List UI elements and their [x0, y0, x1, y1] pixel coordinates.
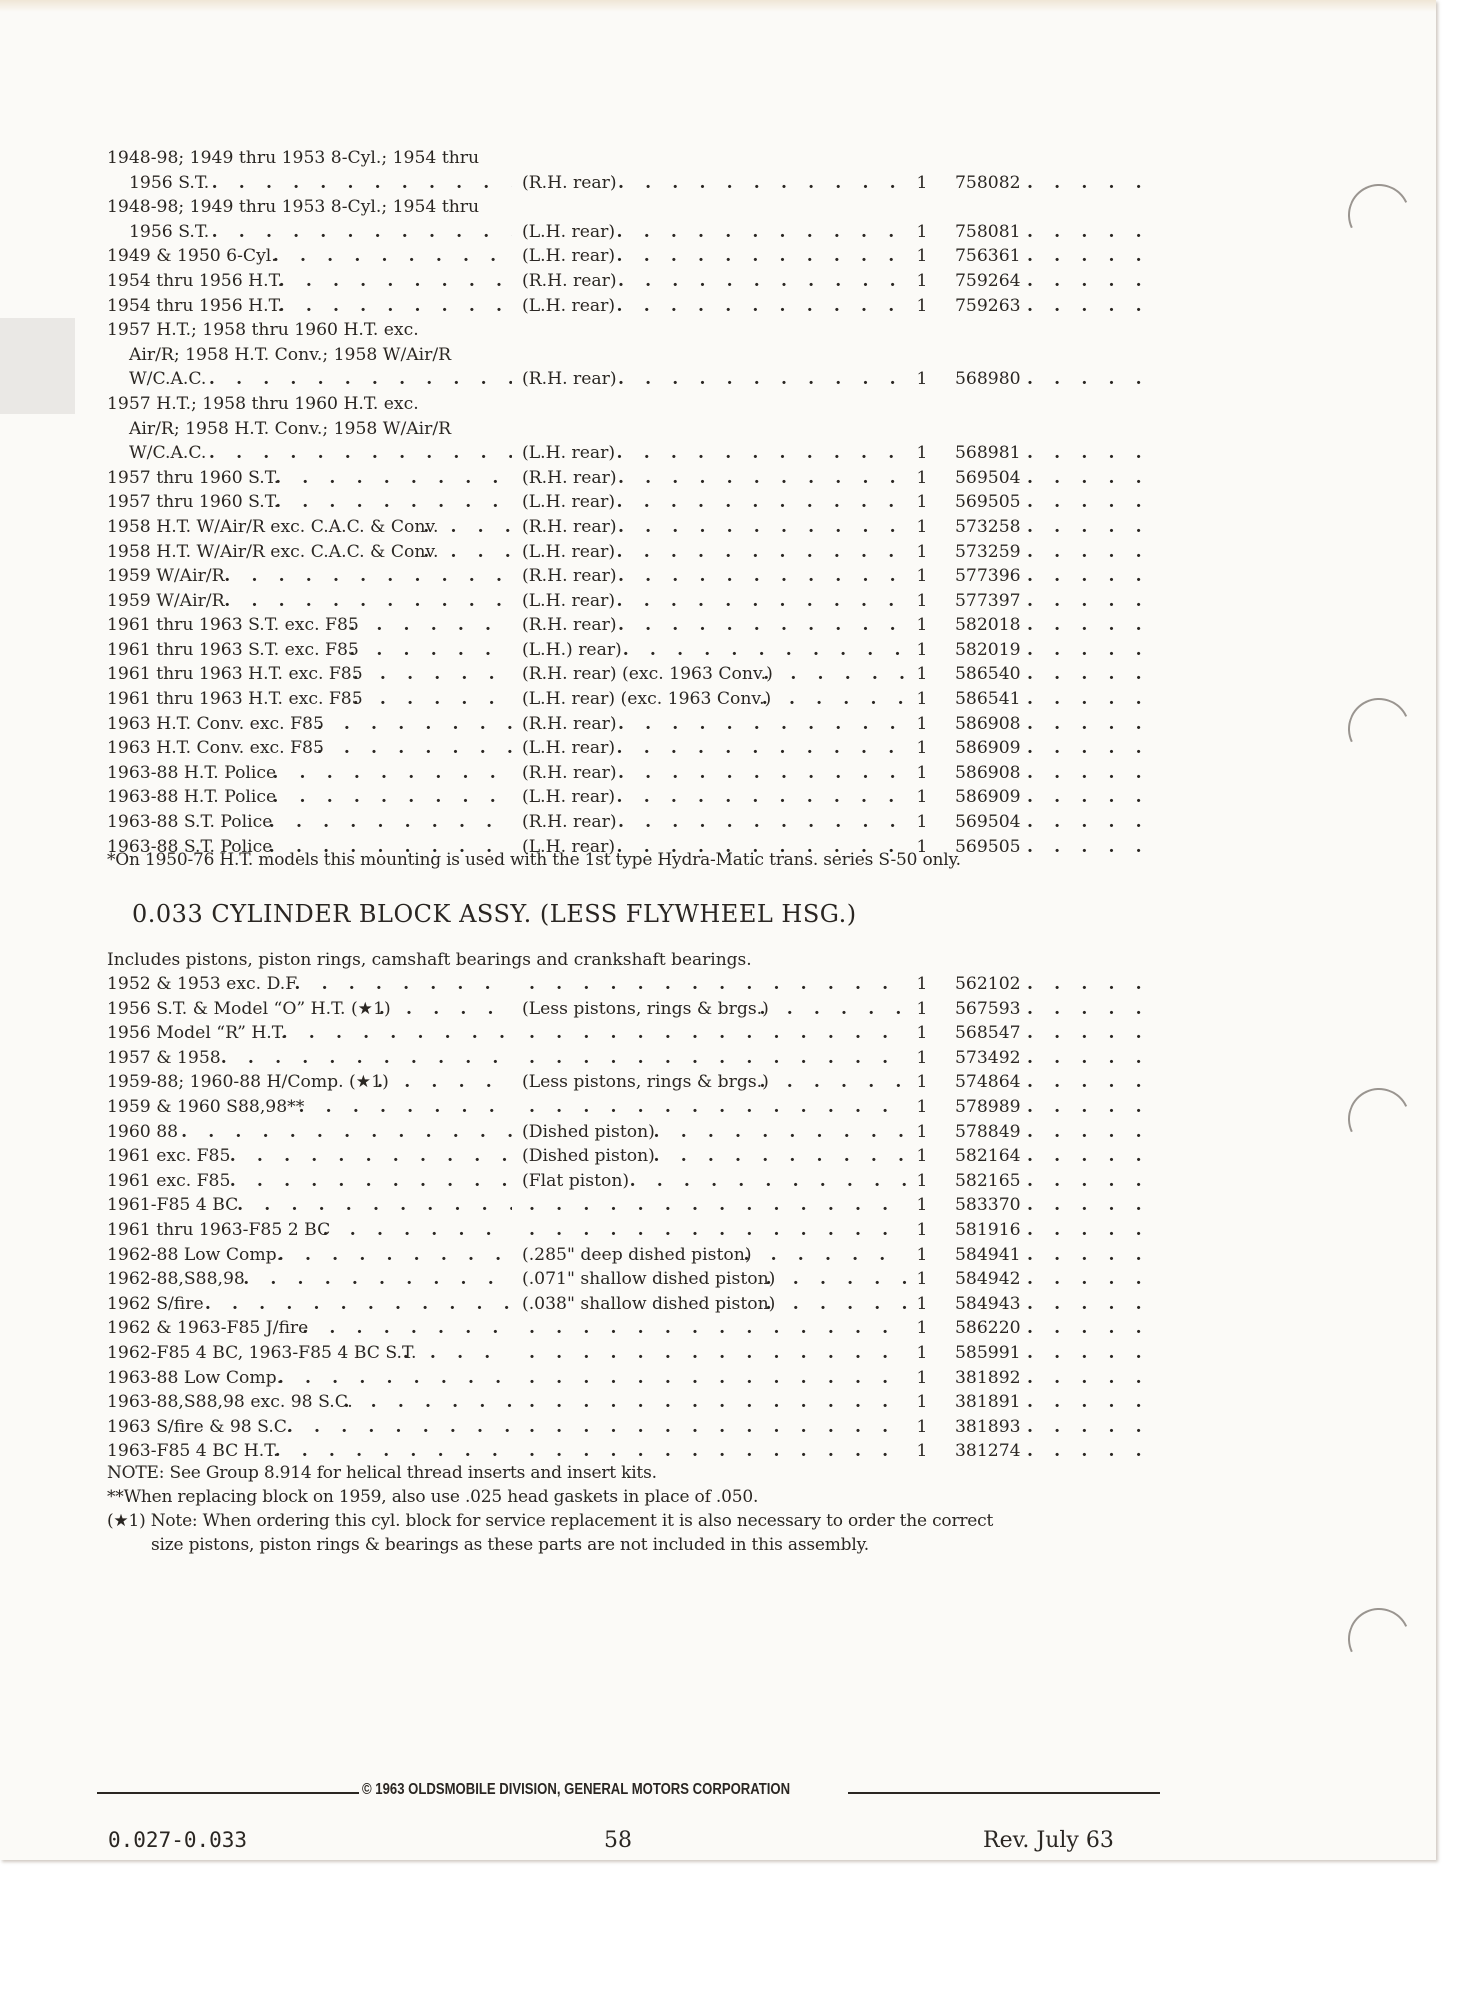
leader-dots: . . . . . . . . . . . . . . . . . . . . … [654, 1120, 907, 1145]
part-number: 586909 [955, 736, 1021, 761]
description: (L.H. rear) (exc. 1963 Conv.) [522, 687, 771, 712]
applicability: W/C.A.C. [129, 367, 206, 392]
leader-dots: . . . . . . . . . . . . . . . . . . . . … [1027, 1390, 1162, 1415]
description: (L.H. rear) [522, 785, 615, 810]
leader-dots: . . . . . . . . . . . . . . . . . . . . … [317, 736, 512, 761]
applicability: W/C.A.C. [129, 441, 206, 466]
leader-dots: . . . . . . . . . . . . . . . . . . . . … [618, 515, 907, 540]
part-number: 569504 [955, 810, 1021, 835]
table-row: 1956 Model “R” H.T.. . . . . . . . . . .… [107, 1021, 1167, 1046]
leader-dots: . . . . . . . . . . . . . . . . . . . . … [529, 1415, 907, 1440]
leader-dots: . . . . . . . . . . . . . . . . . . . . … [379, 997, 512, 1022]
applicability: 1948-98; 1949 thru 1953 8-Cyl.; 1954 thr… [107, 195, 479, 220]
part-number: 583370 [955, 1193, 1021, 1218]
part-number: 573259 [955, 540, 1021, 565]
description: (Less pistons, rings & brgs.) [522, 1070, 769, 1095]
leader-dots: . . . . . . . . . . . . . . . . . . . . … [529, 1046, 907, 1071]
binder-hole-icon [1339, 1079, 1418, 1158]
quantity: 1 [915, 564, 929, 589]
table-row: 1957 H.T.; 1958 thru 1960 H.T. exc. [107, 318, 1167, 343]
table-row: Air/R; 1958 H.T. Conv.; 1958 W/Air/R [107, 417, 1167, 442]
applicability: 1961 thru 1963 H.T. exc. F85 [107, 662, 363, 687]
quantity: 1 [915, 1390, 929, 1415]
leader-dots: . . . . . . . . . . . . . . . . . . . . … [230, 1169, 512, 1194]
applicability: 1957 H.T.; 1958 thru 1960 H.T. exc. [107, 392, 419, 417]
description: (R.H. rear) [522, 269, 617, 294]
applicability: 1963-88 H.T. Police [107, 761, 276, 786]
leader-dots: . . . . . . . . . . . . . . . . . . . . … [323, 1218, 512, 1243]
table-row: 1963 H.T. Conv. exc. F85. . . . . . . . … [107, 712, 1167, 737]
quantity: 1 [915, 1292, 929, 1317]
part-number: 567593 [955, 997, 1021, 1022]
leader-dots: . . . . . . . . . . . . . . . . . . . . … [272, 785, 512, 810]
description: (R.H. rear) [522, 761, 617, 786]
description: (.038" shallow dished piston) [522, 1292, 775, 1317]
leader-dots: . . . . . . . . . . . . . . . . . . . . … [403, 1341, 512, 1366]
document-page: 1948-98; 1949 thru 1953 8-Cyl.; 1954 thr… [0, 0, 1436, 1860]
quantity: 1 [915, 1095, 929, 1120]
quantity: 1 [915, 441, 929, 466]
leader-dots: . . . . . . . . . . . . . . . . . . . . … [209, 441, 512, 466]
leader-dots: . . . . . . . . . . . . . . . . . . . . … [1027, 1070, 1162, 1095]
table-row: 1962-F85 4 BC, 1963-F85 4 BC S.T.. . . .… [107, 1341, 1167, 1366]
description: (Dished piston) [522, 1120, 655, 1145]
description: (R.H. rear) [522, 712, 617, 737]
part-number: 578989 [955, 1095, 1021, 1120]
applicability: 1954 thru 1956 H.T. [107, 294, 283, 319]
quantity: 1 [915, 1267, 929, 1292]
applicability: 1959-88; 1960-88 H/Comp. (★1) [107, 1070, 389, 1095]
footer-revision: Rev. July 63 [983, 1828, 1114, 1853]
leader-dots: . . . . . . . . . . . . . . . . . . . . … [237, 1193, 512, 1218]
leader-dots: . . . . . . . . . . . . . . . . . . . . … [1027, 1415, 1162, 1440]
leader-dots: . . . . . . . . . . . . . . . . . . . . … [618, 810, 907, 835]
section-heading-cylinder-block: 0.033 CYLINDER BLOCK ASSY. (LESS FLYWHEE… [132, 900, 857, 928]
leader-dots: . . . . . . . . . . . . . . . . . . . . … [617, 785, 907, 810]
binder-hole-icon [1339, 1599, 1418, 1678]
applicability: 1949 & 1950 6-Cyl. [107, 244, 277, 269]
leader-dots: . . . . . . . . . . . . . . . . . . . . … [353, 687, 512, 712]
part-number: 562102 [955, 972, 1021, 997]
leader-dots: . . . . . . . . . . . . . . . . . . . . … [760, 997, 907, 1022]
leader-dots: . . . . . . . . . . . . . . . . . . . . … [529, 1218, 907, 1243]
applicability: 1963 H.T. Conv. exc. F85 [107, 736, 324, 761]
part-number: 381274 [955, 1439, 1021, 1464]
leader-dots: . . . . . . . . . . . . . . . . . . . . … [618, 712, 907, 737]
table-row: 1957 H.T.; 1958 thru 1960 H.T. exc. [107, 392, 1167, 417]
quantity: 1 [915, 589, 929, 614]
description: (R.H. rear) [522, 466, 617, 491]
leader-dots: . . . . . . . . . . . . . . . . . . . . … [1027, 810, 1162, 835]
leader-dots: . . . . . . . . . . . . . . . . . . . . … [209, 367, 512, 392]
quantity: 1 [915, 220, 929, 245]
leader-dots: . . . . . . . . . . . . . . . . . . . . … [224, 564, 512, 589]
part-number: 758081 [955, 220, 1021, 245]
leader-dots: . . . . . . . . . . . . . . . . . . . . … [278, 1366, 512, 1391]
table-row: 1962 S/fire. . . . . . . . . . . . . . .… [107, 1292, 1167, 1317]
applicability: 1956 Model “R” H.T. [107, 1021, 286, 1046]
quantity: 1 [915, 294, 929, 319]
description: (.285" deep dished piston) [522, 1243, 752, 1268]
leader-dots: . . . . . . . . . . . . . . . . . . . . … [1027, 589, 1162, 614]
table-row: W/C.A.C.. . . . . . . . . . . . . . . . … [107, 367, 1167, 392]
quantity: 1 [915, 785, 929, 810]
description: (Dished piston) [522, 1144, 655, 1169]
table-row: 1957 thru 1960 S.T.. . . . . . . . . . .… [107, 490, 1167, 515]
leader-dots: . . . . . . . . . . . . . . . . . . . . … [1027, 564, 1162, 589]
table-row: 1963-88 H.T. Police. . . . . . . . . . .… [107, 785, 1167, 810]
leader-dots: . . . . . . . . . . . . . . . . . . . . … [617, 540, 907, 565]
applicability: 1954 thru 1956 H.T. [107, 269, 283, 294]
leader-dots: . . . . . . . . . . . . . . . . . . . . … [1027, 1095, 1162, 1120]
table-row: 1963-88,S88,98 exc. 98 S.C.. . . . . . .… [107, 1390, 1167, 1415]
quantity: 1 [915, 638, 929, 663]
leader-dots: . . . . . . . . . . . . . . . . . . . . … [617, 294, 907, 319]
part-number: 582165 [955, 1169, 1021, 1194]
leader-dots: . . . . . . . . . . . . . . . . . . . . … [618, 367, 907, 392]
applicability: 1961 thru 1963 S.T. exc. F85 [107, 638, 359, 663]
part-number: 577396 [955, 564, 1021, 589]
description: (L.H. rear) [522, 244, 615, 269]
description: (L.H. rear) [522, 220, 615, 245]
applicability: 1963-F85 4 BC H.T. [107, 1439, 279, 1464]
applicability: 1963 H.T. Conv. exc. F85 [107, 712, 324, 737]
part-number: 569505 [955, 835, 1021, 860]
table-row: 1959 & 1960 S88,98**. . . . . . . . . . … [107, 1095, 1167, 1120]
table-row: 1954 thru 1956 H.T.. . . . . . . . . . .… [107, 269, 1167, 294]
leader-dots: . . . . . . . . . . . . . . . . . . . . … [618, 613, 907, 638]
leader-dots: . . . . . . . . . . . . . . . . . . . . … [275, 490, 512, 515]
applicability: 1963-88 H.T. Police [107, 785, 276, 810]
quantity: 1 [915, 367, 929, 392]
leader-dots: . . . . . . . . . . . . . . . . . . . . … [617, 441, 907, 466]
table-row: 1958 H.T. W/Air/R exc. C.A.C. & Conv.. .… [107, 515, 1167, 540]
footer-copyright: © 1963 OLDSMOBILE DIVISION, GENERAL MOTO… [362, 1781, 790, 1799]
leader-dots: . . . . . . . . . . . . . . . . . . . . … [617, 244, 907, 269]
leader-dots: . . . . . . . . . . . . . . . . . . . . … [1027, 1046, 1162, 1071]
leader-dots: . . . . . . . . . . . . . . . . . . . . … [529, 972, 907, 997]
leader-dots: . . . . . . . . . . . . . . . . . . . . … [353, 662, 512, 687]
quantity: 1 [915, 1316, 929, 1341]
leader-dots: . . . . . . . . . . . . . . . . . . . . … [743, 1243, 907, 1268]
part-number: 381892 [955, 1366, 1021, 1391]
table-row: 1962-88 Low Comp.. . . . . . . . . . . .… [107, 1243, 1167, 1268]
leader-dots: . . . . . . . . . . . . . . . . . . . . … [275, 1439, 512, 1464]
applicability: 1961 thru 1963 H.T. exc. F85 [107, 687, 363, 712]
quantity: 1 [915, 1439, 929, 1464]
leader-dots: . . . . . . . . . . . . . . . . . . . . … [623, 638, 907, 663]
part-number: 581916 [955, 1218, 1021, 1243]
leader-dots: . . . . . . . . . . . . . . . . . . . . … [1027, 1267, 1162, 1292]
applicability: 1962-88 Low Comp. [107, 1243, 282, 1268]
part-number: 584941 [955, 1243, 1021, 1268]
leader-dots: . . . . . . . . . . . . . . . . . . . . … [1027, 244, 1162, 269]
part-number: 584942 [955, 1267, 1021, 1292]
applicability: Air/R; 1958 H.T. Conv.; 1958 W/Air/R [129, 343, 451, 368]
applicability: 1957 H.T.; 1958 thru 1960 H.T. exc. [107, 318, 419, 343]
quantity: 1 [915, 1193, 929, 1218]
quantity: 1 [915, 171, 929, 196]
leader-dots: . . . . . . . . . . . . . . . . . . . . … [1027, 1292, 1162, 1317]
note-head-gaskets: **When replacing block on 1959, also use… [107, 1487, 758, 1507]
quantity: 1 [915, 269, 929, 294]
part-number: 586909 [955, 785, 1021, 810]
part-number: 569505 [955, 490, 1021, 515]
leader-dots: . . . . . . . . . . . . . . . . . . . . … [1027, 1439, 1162, 1464]
leader-dots: . . . . . . . . . . . . . . . . . . . . … [763, 662, 907, 687]
leader-dots: . . . . . . . . . . . . . . . . . . . . … [278, 1243, 512, 1268]
leader-dots: . . . . . . . . . . . . . . . . . . . . … [529, 1439, 907, 1464]
table-row: 1948-98; 1949 thru 1953 8-Cyl.; 1954 thr… [107, 146, 1167, 171]
leader-dots: . . . . . . . . . . . . . . . . . . . . … [287, 1415, 512, 1440]
part-number: 574864 [955, 1070, 1021, 1095]
description: (L.H. rear) [522, 589, 615, 614]
section-intro: Includes pistons, piston rings, camshaft… [107, 950, 752, 970]
quantity: 1 [915, 1341, 929, 1366]
leader-dots: . . . . . . . . . . . . . . . . . . . . … [1027, 441, 1162, 466]
leader-dots: . . . . . . . . . . . . . . . . . . . . … [205, 1292, 512, 1317]
leader-dots: . . . . . . . . . . . . . . . . . . . . … [1027, 712, 1162, 737]
leader-dots: . . . . . . . . . . . . . . . . . . . . … [1027, 997, 1162, 1022]
leader-dots: . . . . . . . . . . . . . . . . . . . . … [279, 294, 512, 319]
quantity: 1 [915, 540, 929, 565]
applicability: 1956 S.T. [129, 171, 209, 196]
table-row: 1957 thru 1960 S.T.. . . . . . . . . . .… [107, 466, 1167, 491]
part-number: 577397 [955, 589, 1021, 614]
part-number: 582018 [955, 613, 1021, 638]
applicability: 1961 exc. F85 [107, 1169, 230, 1194]
scan-tab-mark [0, 318, 75, 414]
quantity: 1 [915, 515, 929, 540]
applicability: 1963-88 S.T. Police [107, 810, 272, 835]
footer-rule-left [97, 1792, 359, 1794]
leader-dots: . . . . . . . . . . . . . . . . . . . . … [1027, 1366, 1162, 1391]
quantity: 1 [915, 1415, 929, 1440]
part-number: 586540 [955, 662, 1021, 687]
part-number: 582164 [955, 1144, 1021, 1169]
leader-dots: . . . . . . . . . . . . . . . . . . . . … [766, 1267, 907, 1292]
table-row: 1958 H.T. W/Air/R exc. C.A.C. & Conv.. .… [107, 540, 1167, 565]
description: (Flat piston) [522, 1169, 629, 1194]
leader-dots: . . . . . . . . . . . . . . . . . . . . … [302, 1316, 512, 1341]
leader-dots: . . . . . . . . . . . . . . . . . . . . … [1027, 736, 1162, 761]
leader-dots: . . . . . . . . . . . . . . . . . . . . … [1027, 490, 1162, 515]
table-row: 1962 & 1963-F85 J/fire. . . . . . . . . … [107, 1316, 1167, 1341]
leader-dots: . . . . . . . . . . . . . . . . . . . . … [529, 1390, 907, 1415]
table-row: 1952 & 1953 exc. D.F.. . . . . . . . . .… [107, 972, 1167, 997]
leader-dots: . . . . . . . . . . . . . . . . . . . . … [243, 1267, 512, 1292]
leader-dots: . . . . . . . . . . . . . . . . . . . . … [1027, 1243, 1162, 1268]
applicability: 1963 S/fire & 98 S.C. [107, 1415, 292, 1440]
part-number: 582019 [955, 638, 1021, 663]
leader-dots: . . . . . . . . . . . . . . . . . . . . … [275, 466, 512, 491]
leader-dots: . . . . . . . . . . . . . . . . . . . . … [760, 1070, 907, 1095]
quantity: 1 [915, 490, 929, 515]
leader-dots: . . . . . . . . . . . . . . . . . . . . … [1027, 662, 1162, 687]
note-helical-inserts: NOTE: See Group 8.914 for helical thread… [107, 1463, 657, 1483]
quantity: 1 [915, 466, 929, 491]
table-row: 1959 W/Air/R. . . . . . . . . . . . . . … [107, 564, 1167, 589]
leader-dots: . . . . . . . . . . . . . . . . . . . . … [1027, 1021, 1162, 1046]
applicability: 1957 & 1958 [107, 1046, 221, 1071]
applicability: 1963-88,S88,98 exc. 98 S.C. [107, 1390, 353, 1415]
description: (R.H. rear) [522, 171, 617, 196]
applicability: 1961 exc. F85 [107, 1144, 230, 1169]
leader-dots: . . . . . . . . . . . . . . . . . . . . … [349, 613, 512, 638]
applicability: 1952 & 1953 exc. D.F. [107, 972, 300, 997]
part-number: 568980 [955, 367, 1021, 392]
binder-hole-icon [1339, 175, 1418, 254]
leader-dots: . . . . . . . . . . . . . . . . . . . . … [221, 1046, 512, 1071]
leader-dots: . . . . . . . . . . . . . . . . . . . . … [181, 1120, 512, 1145]
leader-dots: . . . . . . . . . . . . . . . . . . . . … [618, 466, 907, 491]
table-row: 1959-88; 1960-88 H/Comp. (★1). . . . . .… [107, 1070, 1167, 1095]
leader-dots: . . . . . . . . . . . . . . . . . . . . … [617, 736, 907, 761]
applicability: Air/R; 1958 H.T. Conv.; 1958 W/Air/R [129, 417, 451, 442]
footer-page-number: 58 [604, 1828, 632, 1853]
applicability: 1959 & 1960 S88,98** [107, 1095, 304, 1120]
applicability: 1962 & 1963-F85 J/fire [107, 1316, 308, 1341]
table-row: 1963 S/fire & 98 S.C.. . . . . . . . . .… [107, 1415, 1167, 1440]
applicability: 1962 S/fire [107, 1292, 204, 1317]
description: (L.H. rear) [522, 540, 615, 565]
part-number: 568547 [955, 1021, 1021, 1046]
leader-dots: . . . . . . . . . . . . . . . . . . . . … [1027, 1218, 1162, 1243]
leader-dots: . . . . . . . . . . . . . . . . . . . . … [1027, 466, 1162, 491]
description: (Less pistons, rings & brgs.) [522, 997, 769, 1022]
leader-dots: . . . . . . . . . . . . . . . . . . . . … [1027, 1341, 1162, 1366]
leader-dots: . . . . . . . . . . . . . . . . . . . . … [272, 761, 512, 786]
part-number: 759264 [955, 269, 1021, 294]
quantity: 1 [915, 1120, 929, 1145]
quantity: 1 [915, 613, 929, 638]
leader-dots: . . . . . . . . . . . . . . . . . . . . … [762, 687, 907, 712]
quantity: 1 [915, 761, 929, 786]
leader-dots: . . . . . . . . . . . . . . . . . . . . … [294, 972, 512, 997]
leader-dots: . . . . . . . . . . . . . . . . . . . . … [1027, 835, 1162, 860]
part-number: 585991 [955, 1341, 1021, 1366]
quantity: 1 [915, 1021, 929, 1046]
applicability: 1961-F85 4 BC [107, 1193, 238, 1218]
leader-dots: . . . . . . . . . . . . . . . . . . . . … [1027, 1144, 1162, 1169]
note-star1-line1: (★1) Note: When ordering this cyl. block… [107, 1511, 993, 1531]
leader-dots: . . . . . . . . . . . . . . . . . . . . … [618, 564, 907, 589]
leader-dots: . . . . . . . . . . . . . . . . . . . . … [1027, 367, 1162, 392]
leader-dots: . . . . . . . . . . . . . . . . . . . . … [1027, 613, 1162, 638]
parts-table-rear-mounts: 1948-98; 1949 thru 1953 8-Cyl.; 1954 thr… [107, 146, 1167, 859]
table-row: 1960 88. . . . . . . . . . . . . . . . .… [107, 1120, 1167, 1145]
leader-dots: . . . . . . . . . . . . . . . . . . . . … [269, 810, 512, 835]
table-row: W/C.A.C.. . . . . . . . . . . . . . . . … [107, 441, 1167, 466]
leader-dots: . . . . . . . . . . . . . . . . . . . . … [212, 220, 512, 245]
quantity: 1 [915, 736, 929, 761]
applicability: 1962-88,S88,98 [107, 1267, 245, 1292]
applicability: 1960 88 [107, 1120, 178, 1145]
description: (R.H. rear) [522, 613, 617, 638]
hydra-matic-footnote: *On 1950-76 H.T. models this mounting is… [107, 850, 961, 870]
table-row: 1961 thru 1963 H.T. exc. F85. . . . . . … [107, 687, 1167, 712]
binder-hole-icon [1339, 689, 1418, 768]
leader-dots: . . . . . . . . . . . . . . . . . . . . … [529, 1021, 907, 1046]
description: (R.H. rear) [522, 810, 617, 835]
table-row: 1957 & 1958. . . . . . . . . . . . . . .… [107, 1046, 1167, 1071]
leader-dots: . . . . . . . . . . . . . . . . . . . . … [618, 171, 907, 196]
applicability: 1957 thru 1960 S.T. [107, 490, 279, 515]
table-row: 1961 thru 1963 H.T. exc. F85. . . . . . … [107, 662, 1167, 687]
table-row: 1954 thru 1956 H.T.. . . . . . . . . . .… [107, 294, 1167, 319]
leader-dots: . . . . . . . . . . . . . . . . . . . . … [766, 1292, 907, 1317]
part-number: 759263 [955, 294, 1021, 319]
leader-dots: . . . . . . . . . . . . . . . . . . . . … [1027, 1169, 1162, 1194]
leader-dots: . . . . . . . . . . . . . . . . . . . . … [617, 220, 907, 245]
applicability: 1959 W/Air/R [107, 564, 225, 589]
leader-dots: . . . . . . . . . . . . . . . . . . . . … [617, 589, 907, 614]
leader-dots: . . . . . . . . . . . . . . . . . . . . … [273, 244, 512, 269]
table-row: Air/R; 1958 H.T. Conv.; 1958 W/Air/R [107, 343, 1167, 368]
leader-dots: . . . . . . . . . . . . . . . . . . . . … [1027, 785, 1162, 810]
leader-dots: . . . . . . . . . . . . . . . . . . . . … [212, 171, 512, 196]
applicability: 1956 S.T. & Model “O” H.T. (★1) [107, 997, 391, 1022]
quantity: 1 [915, 244, 929, 269]
leader-dots: . . . . . . . . . . . . . . . . . . . . … [224, 589, 512, 614]
leader-dots: . . . . . . . . . . . . . . . . . . . . … [1027, 687, 1162, 712]
leader-dots: . . . . . . . . . . . . . . . . . . . . … [1027, 761, 1162, 786]
table-row: 1956 S.T.. . . . . . . . . . . . . . . .… [107, 171, 1167, 196]
leader-dots: . . . . . . . . . . . . . . . . . . . . … [529, 1366, 907, 1391]
table-row: 1961 thru 1963-F85 2 BC. . . . . . . . .… [107, 1218, 1167, 1243]
applicability: 1961 thru 1963 S.T. exc. F85 [107, 613, 359, 638]
applicability: 1961 thru 1963-F85 2 BC [107, 1218, 330, 1243]
leader-dots: . . . . . . . . . . . . . . . . . . . . … [317, 712, 512, 737]
part-number: 381891 [955, 1390, 1021, 1415]
leader-dots: . . . . . . . . . . . . . . . . . . . . … [1027, 972, 1162, 997]
footer-group-range: 0.027-0.033 [108, 1828, 247, 1852]
leader-dots: . . . . . . . . . . . . . . . . . . . . … [654, 1144, 907, 1169]
table-row: 1959 W/Air/R. . . . . . . . . . . . . . … [107, 589, 1167, 614]
leader-dots: . . . . . . . . . . . . . . . . . . . . … [1027, 1120, 1162, 1145]
applicability: 1957 thru 1960 S.T. [107, 466, 279, 491]
part-number: 568981 [955, 441, 1021, 466]
quantity: 1 [915, 810, 929, 835]
part-number: 758082 [955, 171, 1021, 196]
quantity: 1 [915, 712, 929, 737]
table-row: 1949 & 1950 6-Cyl.. . . . . . . . . . . … [107, 244, 1167, 269]
part-number: 756361 [955, 244, 1021, 269]
applicability: 1958 H.T. W/Air/R exc. C.A.C. & Conv. [107, 515, 439, 540]
table-row: 1961 exc. F85. . . . . . . . . . . . . .… [107, 1169, 1167, 1194]
table-row: 1961 exc. F85. . . . . . . . . . . . . .… [107, 1144, 1167, 1169]
description: (R.H. rear) [522, 367, 617, 392]
leader-dots: . . . . . . . . . . . . . . . . . . . . … [344, 1390, 512, 1415]
leader-dots: . . . . . . . . . . . . . . . . . . . . … [617, 490, 907, 515]
description: (.071" shallow dished piston) [522, 1267, 775, 1292]
leader-dots: . . . . . . . . . . . . . . . . . . . . … [1027, 638, 1162, 663]
part-number: 573492 [955, 1046, 1021, 1071]
table-row: 1948-98; 1949 thru 1953 8-Cyl.; 1954 thr… [107, 195, 1167, 220]
part-number: 586541 [955, 687, 1021, 712]
table-row: 1962-88,S88,98. . . . . . . . . . . . . … [107, 1267, 1167, 1292]
leader-dots: . . . . . . . . . . . . . . . . . . . . … [529, 1193, 907, 1218]
quantity: 1 [915, 972, 929, 997]
description: (L.H. rear) [522, 294, 615, 319]
note-star1-line2: size pistons, piston rings & bearings as… [151, 1535, 869, 1555]
leader-dots: . . . . . . . . . . . . . . . . . . . . … [1027, 515, 1162, 540]
leader-dots: . . . . . . . . . . . . . . . . . . . . … [423, 515, 512, 540]
applicability: 1948-98; 1949 thru 1953 8-Cyl.; 1954 thr… [107, 146, 479, 171]
quantity: 1 [915, 662, 929, 687]
description: (R.H. rear) (exc. 1963 Conv.) [522, 662, 773, 687]
table-row: 1963-F85 4 BC H.T.. . . . . . . . . . . … [107, 1439, 1167, 1464]
